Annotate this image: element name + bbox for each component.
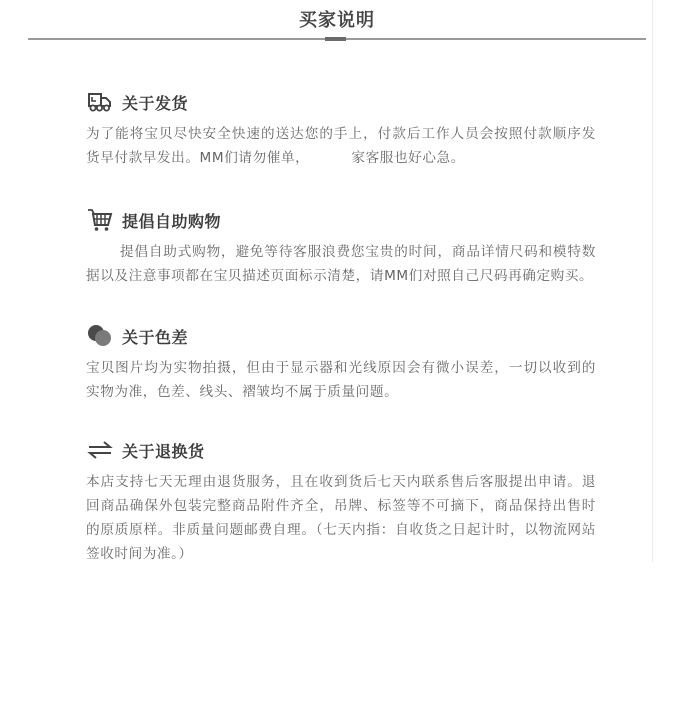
section-body: 提倡自助式购物，避免等待客服浪费您宝贵的时间，商品详情尺码和模特数据以及注意事项… xyxy=(86,240,596,288)
title-divider-accent xyxy=(325,37,346,41)
section-title: 关于退换货 xyxy=(122,439,205,462)
section-title: 提倡自助购物 xyxy=(122,209,221,232)
section-color-difference: 关于色差 宝贝图片均为实物拍摄，但由于显示器和光线原因会有微小误差，一切以收到的… xyxy=(86,322,596,404)
section-body: 宝贝图片均为实物拍摄，但由于显示器和光线原因会有微小误差，一切以收到的实物为准，… xyxy=(86,356,596,404)
section-header: 提倡自助购物 xyxy=(86,206,596,234)
section-header: 关于发货 xyxy=(86,88,596,116)
section-title: 关于发货 xyxy=(122,91,188,114)
section-header: 关于退换货 xyxy=(86,436,596,464)
section-returns: 关于退换货 本店支持七天无理由退货服务，且在收到货后七天内联系售后客服提出申请。… xyxy=(86,436,596,566)
section-body: 本店支持七天无理由退货服务，且在收到货后七天内联系售后客服提出申请。退回商品确保… xyxy=(86,470,596,566)
delivery-truck-icon xyxy=(86,89,114,115)
body-text: 家客服也好心急。 xyxy=(351,150,465,166)
right-divider xyxy=(652,0,653,562)
section-shipping: 关于发货 为了能将宝贝尽快安全快速的送达您的手上，付款后工作人员会按照付款顺序发… xyxy=(86,88,596,170)
body-text: 为了能将宝贝尽快安全快速的送达您的手上，付款后工作人员会按照付款顺序发货早付款早… xyxy=(86,126,596,166)
shopping-cart-icon xyxy=(86,207,114,233)
section-title: 关于色差 xyxy=(122,325,188,348)
exchange-arrows-icon xyxy=(86,437,114,463)
section-body: 为了能将宝贝尽快安全快速的送达您的手上，付款后工作人员会按照付款顺序发货早付款早… xyxy=(86,122,596,170)
page-title: 买家说明 xyxy=(0,6,674,32)
color-circles-icon xyxy=(86,323,114,349)
section-self-service: 提倡自助购物 提倡自助式购物，避免等待客服浪费您宝贵的时间，商品详情尺码和模特数… xyxy=(86,206,596,288)
section-header: 关于色差 xyxy=(86,322,596,350)
